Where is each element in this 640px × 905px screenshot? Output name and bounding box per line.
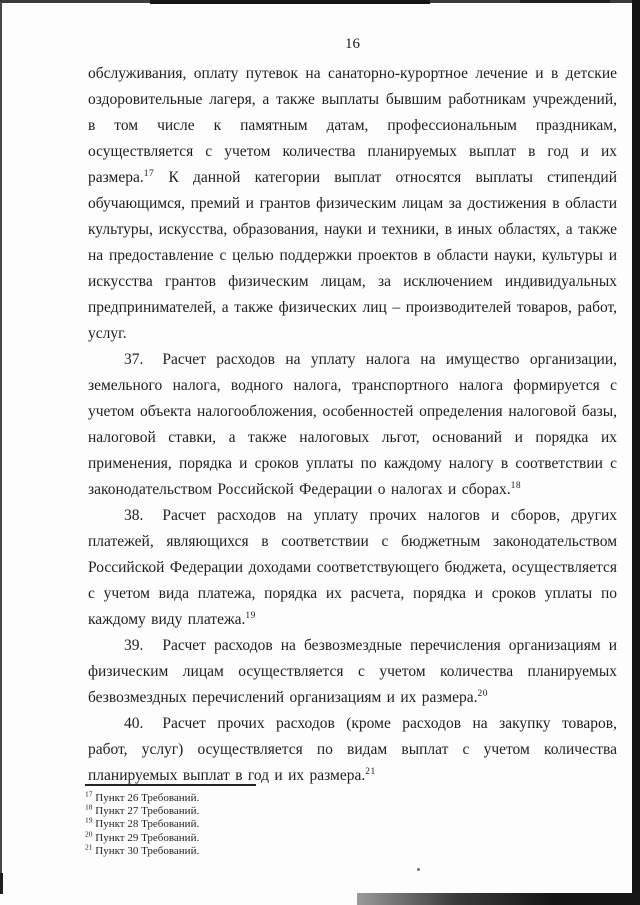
scan-artifact-left-mark — [0, 873, 3, 894]
scan-border-left — [0, 2, 2, 892]
footnote: 19 Пункт 28 Требований. — [85, 818, 605, 831]
scan-border-top-dark-segment — [150, 0, 430, 4]
page-number: 16 — [88, 34, 617, 54]
footnote-ref: 21 — [365, 767, 376, 777]
body-paragraphs: обслуживания, оплату путевок на санаторн… — [88, 61, 617, 789]
footnote-ref: 19 — [245, 611, 256, 621]
paragraph: 37.Расчет расходов на уплату налога на и… — [88, 347, 617, 503]
footnote-marker: 20 — [85, 829, 93, 838]
footnote-marker: 21 — [85, 842, 93, 851]
paragraph: 40.Расчет прочих расходов (кроме расходо… — [88, 711, 617, 789]
scan-border-top-dark-segment-2 — [520, 0, 610, 3]
paragraph: 39.Расчет расходов на безвозмездные пере… — [88, 633, 617, 711]
footnote-separator — [85, 784, 256, 786]
scan-artifact-dot — [417, 868, 420, 871]
footnote-ref: 18 — [511, 481, 522, 491]
page-content: 16 обслуживания, оплату путевок на санат… — [88, 34, 617, 789]
footnote-ref: 20 — [478, 689, 489, 699]
footnote: 18 Пункт 27 Требований. — [85, 805, 605, 818]
footnotes-section: 17 Пункт 26 Требований.18 Пункт 27 Требо… — [85, 784, 605, 858]
paragraph: обслуживания, оплату путевок на санаторн… — [88, 61, 617, 347]
footnote-marker: 19 — [85, 816, 93, 825]
footnotes-list: 17 Пункт 26 Требований.18 Пункт 27 Требо… — [85, 792, 605, 858]
scan-border-right — [632, 0, 640, 905]
footnote: 17 Пункт 26 Требований. — [85, 792, 605, 805]
document-page: 16 обслуживания, оплату путевок на санат… — [0, 0, 640, 905]
footnote-ref: 17 — [144, 169, 155, 179]
footnote: 21 Пункт 30 Требований. — [85, 845, 605, 858]
footnote-marker: 18 — [85, 803, 93, 812]
paragraph: 38.Расчет расходов на уплату прочих нало… — [88, 503, 617, 633]
footnote-marker: 17 — [85, 789, 93, 798]
footnote: 20 Пункт 29 Требований. — [85, 832, 605, 845]
scan-border-bottom — [357, 893, 640, 905]
